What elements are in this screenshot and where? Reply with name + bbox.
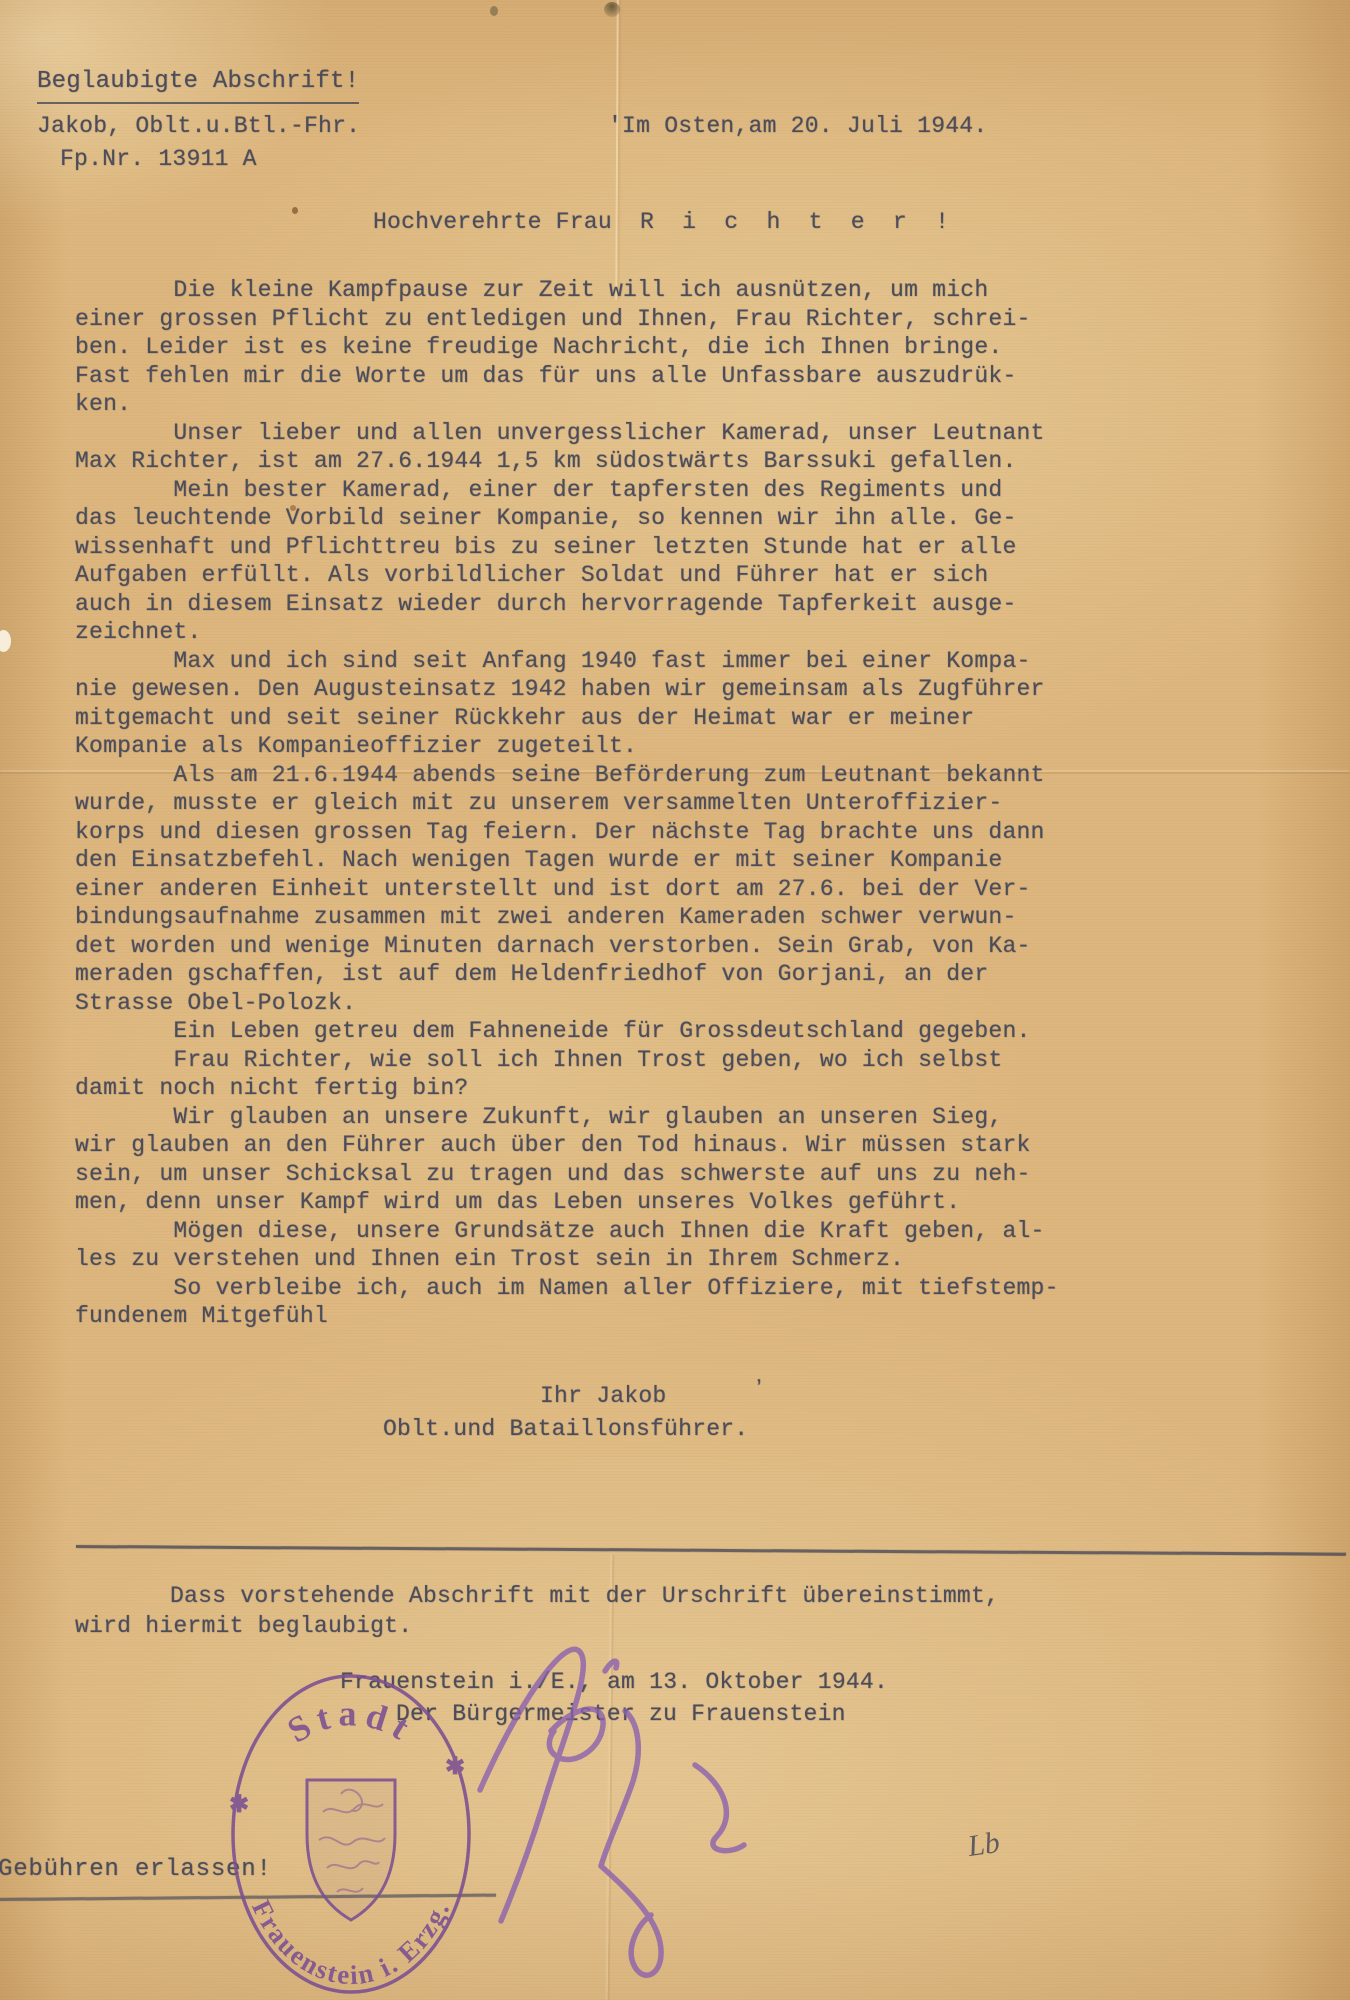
body-line: men, denn unser Kampf wird um das Leben … bbox=[75, 1188, 1059, 1217]
body-line: So verbleibe ich, auch im Namen aller Of… bbox=[75, 1274, 1059, 1303]
closing-name: Ihr Jakob bbox=[540, 1382, 666, 1411]
body-line: det worden und wenige Minuten darnach ve… bbox=[75, 932, 1059, 961]
body-line: Die kleine Kampfpause zur Zeit will ich … bbox=[75, 276, 1059, 305]
city-stamp: Stadt Frauenstein i. Erzg. ✱ ✱ bbox=[215, 1662, 487, 2000]
body-line: Ein Leben getreu dem Fahneneide für Gros… bbox=[75, 1017, 1059, 1046]
letter-scan: Beglaubigte Abschrift! Jakob, Oblt.u.Btl… bbox=[0, 0, 1350, 2000]
svg-text:Stadt: Stadt bbox=[281, 1693, 423, 1750]
certification-line-1: Dass vorstehende Abschrift mit der Ursch… bbox=[170, 1582, 999, 1611]
body-line: mitgemacht und seit seiner Rückkehr aus … bbox=[75, 704, 1059, 733]
closing-stray-mark: ʼ bbox=[752, 1376, 766, 1405]
sender-fieldpost-number: Fp.Nr. 13911 A bbox=[60, 145, 257, 174]
closing-rank: Oblt.und Bataillonsführer. bbox=[383, 1415, 748, 1444]
body-line: meraden gschaffen, ist auf dem Heldenfri… bbox=[75, 960, 1059, 989]
body-line: einer anderen Einheit unterstellt und is… bbox=[75, 875, 1059, 904]
body-line: korps und diesen grossen Tag feiern. Der… bbox=[75, 818, 1059, 847]
body-line: Unser lieber und allen unvergesslicher K… bbox=[75, 419, 1059, 448]
letter-body: Die kleine Kampfpause zur Zeit will ich … bbox=[75, 276, 1059, 1331]
body-line: den Einsatzbefehl. Nach wenigen Tagen wu… bbox=[75, 846, 1059, 875]
body-line: das leuchtende Vorbild seiner Kompanie, … bbox=[75, 504, 1059, 533]
body-line: fundenem Mitgefühl bbox=[75, 1302, 1059, 1331]
body-line: wissenhaft und Pflichttreu bis zu seiner… bbox=[75, 533, 1059, 562]
body-line: Frau Richter, wie soll ich Ihnen Trost g… bbox=[75, 1046, 1059, 1075]
certification-line-2: wird hiermit beglaubigt. bbox=[75, 1612, 412, 1641]
body-line: Max und ich sind seit Anfang 1940 fast i… bbox=[75, 647, 1059, 676]
body-line: sein, um unser Schicksal zu tragen und d… bbox=[75, 1160, 1059, 1189]
sender-name-rank: Jakob, Oblt.u.Btl.-Fhr. bbox=[37, 112, 360, 141]
certification-header: Beglaubigte Abschrift! bbox=[37, 68, 359, 104]
body-line: ken. bbox=[75, 390, 1059, 419]
body-line: Mögen diese, unsere Grundsätze auch Ihne… bbox=[75, 1217, 1059, 1246]
body-line: zeichnet. bbox=[75, 618, 1059, 647]
body-line: auch in diesem Einsatz wieder durch herv… bbox=[75, 590, 1059, 619]
body-line: nie gewesen. Den Augusteinsatz 1942 habe… bbox=[75, 675, 1059, 704]
separator-line bbox=[76, 1545, 1346, 1556]
fold-crease-top bbox=[615, 0, 619, 300]
body-line: bindungsaufnahme zusammen mit zwei ander… bbox=[75, 903, 1059, 932]
body-line: les zu verstehen und Ihnen ein Trost sei… bbox=[75, 1245, 1059, 1274]
paper-notch bbox=[604, 2, 620, 17]
body-line: Strasse Obel-Polozk. bbox=[75, 989, 1059, 1018]
body-line: ben. Leider ist es keine freudige Nachri… bbox=[75, 333, 1059, 362]
paper-speck bbox=[490, 6, 498, 16]
salutation: Hochverehrte Frau R i c h t e r ! bbox=[373, 208, 949, 237]
body-line: wurde, musste er gleich mit zu unserem v… bbox=[75, 789, 1059, 818]
paper-speck bbox=[292, 207, 298, 214]
body-line: wir glauben an den Führer auch über den … bbox=[75, 1131, 1059, 1160]
stamp-top-text: Stadt bbox=[281, 1693, 423, 1750]
body-line: damit noch nicht fertig bin? bbox=[75, 1074, 1059, 1103]
buergermeister-signature bbox=[455, 1615, 775, 2000]
body-line: Kompanie als Kompanieoffizier zugeteilt. bbox=[75, 732, 1059, 761]
stamp-left-star-icon: ✱ bbox=[229, 1792, 249, 1818]
handwritten-initials: Lb bbox=[966, 1826, 1002, 1864]
body-line: Mein bester Kamerad, einer der tapferste… bbox=[75, 476, 1059, 505]
dateline: 'Im Osten,am 20. Juli 1944. bbox=[608, 112, 987, 141]
stamp-shield-icon bbox=[307, 1780, 395, 1920]
body-line: Fast fehlen mir die Worte um das für uns… bbox=[75, 362, 1059, 391]
body-line: einer grossen Pflicht zu entledigen und … bbox=[75, 305, 1059, 334]
body-line: Als am 21.6.1944 abends seine Beförderun… bbox=[75, 761, 1059, 790]
body-line: Aufgaben erfüllt. Als vorbildlicher Sold… bbox=[75, 561, 1059, 590]
paper-hole bbox=[0, 630, 11, 652]
body-line: Wir glauben an unsere Zukunft, wir glaub… bbox=[75, 1103, 1059, 1132]
body-line: Max Richter, ist am 27.6.1944 1,5 km süd… bbox=[75, 447, 1059, 476]
